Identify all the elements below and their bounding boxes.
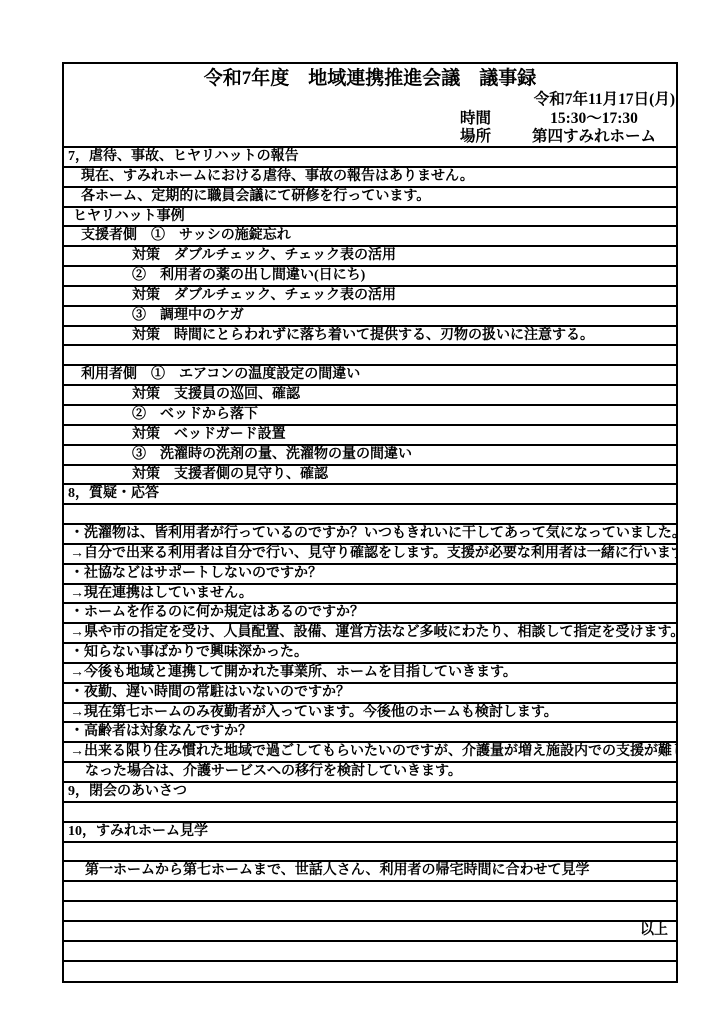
table-row: ・夜勤、遅い時間の常駐はいないのですか？: [64, 684, 676, 704]
table-row: ③ 調理中のケガ: [64, 307, 676, 327]
time-value: 15:30～17:30: [512, 110, 676, 129]
table-row: ヒヤリハット事例: [64, 208, 676, 228]
table-row: 第一ホームから第七ホームまで、世話人さん、利用者の帰宅時間に合わせて見学: [64, 862, 676, 882]
table-row: 9，閉会のあいさつ: [64, 783, 676, 803]
table-row: 10，すみれホーム見学: [64, 823, 676, 843]
table-row-blank: [64, 962, 676, 982]
table-row: なった場合は、介護サービスへの移行を検討していきます。: [64, 763, 676, 783]
table-row-blank: [64, 942, 676, 962]
table-row-blank: [64, 346, 676, 366]
table-row: 対策 ダブルチェック、チェック表の活用: [64, 247, 676, 267]
table-row: 対策 支援者側の見守り、確認: [64, 466, 676, 486]
table-row: 7，虐待、事故、ヒヤリハットの報告: [64, 148, 676, 168]
table-row: ③ 洗濯時の洗剤の量、洗濯物の量の間違い: [64, 446, 676, 466]
table-row-blank: [64, 843, 676, 863]
table-row: →出来る限り住み慣れた地域で過ごしてもらいたいのですが、介護量が増え施設内での支…: [64, 743, 676, 763]
time-label: 時間: [454, 110, 512, 129]
table-row: 対策 ベッドガード設置: [64, 426, 676, 446]
table-row-blank: [64, 505, 676, 525]
table-row: ・高齢者は対象なんですか？: [64, 723, 676, 743]
place-value: 第四すみれホーム: [512, 128, 676, 147]
page: 令和7年度 地域連携推進会議 議事録 令和7年11月17日(月) 時間 15:3…: [0, 0, 724, 1024]
header-meta: 令和7年11月17日(月) 時間 15:30～17:30 場所 第四すみれホーム: [454, 91, 676, 147]
table-row: 対策 時間にとらわれずに落ち着いて提供する、刃物の扱いに注意する。: [64, 327, 676, 347]
document-header: 令和7年度 地域連携推進会議 議事録 令和7年11月17日(月) 時間 15:3…: [64, 64, 676, 148]
table-row: 対策 ダブルチェック、チェック表の活用: [64, 287, 676, 307]
meta-place-line: 場所 第四すみれホーム: [454, 128, 676, 147]
meta-time-line: 時間 15:30～17:30: [454, 110, 676, 129]
table-row: 以上: [64, 922, 676, 942]
table-row: ・社協などはサポートしないのですか？: [64, 565, 676, 585]
meeting-date: 令和7年11月17日(月): [454, 91, 676, 110]
table-row: 現在、すみれホームにおける虐待、事故の報告はありません。: [64, 168, 676, 188]
table-row: 支援者側 ① サッシの施錠忘れ: [64, 227, 676, 247]
rows-container: 7，虐待、事故、ヒヤリハットの報告現在、すみれホームにおける虐待、事故の報告はあ…: [64, 148, 676, 981]
table-row-blank: [64, 882, 676, 902]
table-row: →現在第七ホームのみ夜勤者が入っています。今後他のホームも検討します。: [64, 704, 676, 724]
table-row: →自分で出来る利用者は自分で行い、見守り確認をします。支援が必要な利用者は一緒に…: [64, 545, 676, 565]
meta-date-line: 令和7年11月17日(月): [454, 91, 676, 110]
table-row: →今後も地域と連携して開かれた事業所、ホームを目指していきます。: [64, 664, 676, 684]
table-row: →現在連携はしていません。: [64, 585, 676, 605]
table-row: 各ホーム、定期的に職員会議にて研修を行っています。: [64, 188, 676, 208]
minutes-document: 令和7年度 地域連携推進会議 議事録 令和7年11月17日(月) 時間 15:3…: [62, 62, 678, 983]
table-row: →県や市の指定を受け、人員配置、設備、運営方法など多岐にわたり、相談して指定を受…: [64, 624, 676, 644]
table-row: ・知らない事ばかりで興味深かった。: [64, 644, 676, 664]
table-row: ② 利用者の薬の出し間違い(日にち): [64, 267, 676, 287]
table-row-blank: [64, 902, 676, 922]
table-row-blank: [64, 803, 676, 823]
table-row: 利用者側 ① エアコンの温度設定の間違い: [64, 366, 676, 386]
table-row: 8，質疑・応答: [64, 485, 676, 505]
place-label: 場所: [454, 128, 512, 147]
table-row: 対策 支援員の巡回、確認: [64, 386, 676, 406]
table-row: ・ホームを作るのに何か規定はあるのですか？: [64, 604, 676, 624]
table-row: ② ベッドから落下: [64, 406, 676, 426]
table-row: ・洗濯物は、皆利用者が行っているのですか？いつもきれいに干してあって気になってい…: [64, 525, 676, 545]
document-title: 令和7年度 地域連携推進会議 議事録: [64, 66, 676, 91]
